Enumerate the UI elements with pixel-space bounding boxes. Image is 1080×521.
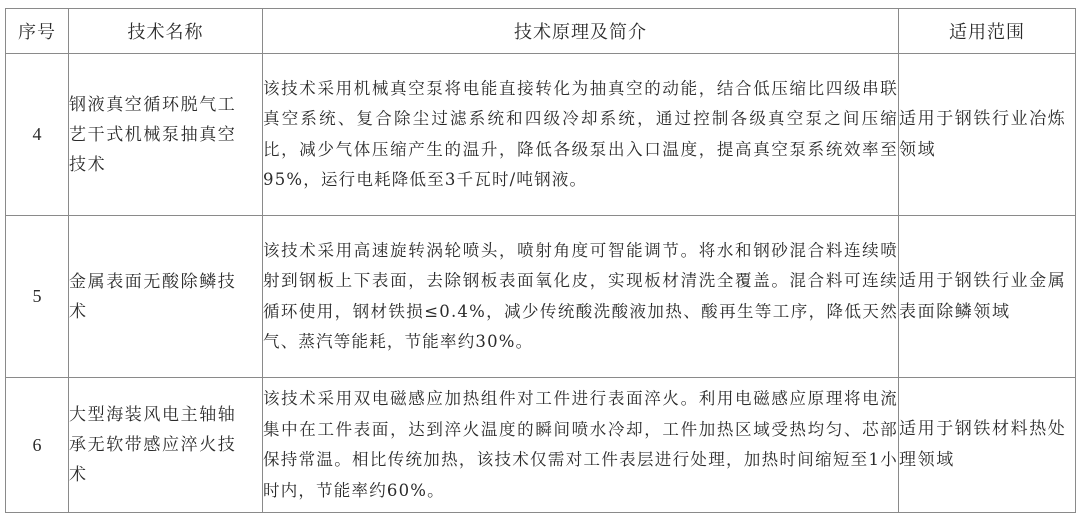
table-row: 4 钢液真空循环脱气工艺干式机械泵抽真空技术 该技术采用机械真空泵将电能直接转化…: [6, 54, 1076, 216]
header-name: 技术名称: [69, 9, 263, 54]
tech-description: 该技术采用高速旋转涡轮喷头，喷射角度可智能调节。将水和钢砂混合料连续喷射到钢板上…: [263, 216, 899, 378]
row-no: 4: [6, 54, 69, 216]
tech-name: 钢液真空循环脱气工艺干式机械泵抽真空技术: [69, 54, 263, 216]
tech-scope: 适用于钢铁材料热处理领域: [899, 378, 1076, 513]
header-row: 序号 技术名称 技术原理及简介 适用范围: [6, 9, 1076, 54]
tech-scope: 适用于钢铁行业冶炼领域: [899, 54, 1076, 216]
tech-name-text: 金属表面无酸除鳞技术: [69, 267, 239, 327]
technology-table: 序号 技术名称 技术原理及简介 适用范围 4 钢液真空循环脱气工艺干式机械泵抽真…: [5, 8, 1076, 513]
tech-name-text: 大型海装风电主轴轴承无软带感应淬火技术: [69, 400, 239, 490]
row-no: 6: [6, 378, 69, 513]
row-no: 5: [6, 216, 69, 378]
tech-name: 金属表面无酸除鳞技术: [69, 216, 263, 378]
tech-scope: 适用于钢铁行业金属表面除鳞领域: [899, 216, 1076, 378]
header-no: 序号: [6, 9, 69, 54]
table-row: 6 大型海装风电主轴轴承无软带感应淬火技术 该技术采用双电磁感应加热组件对工件进…: [6, 378, 1076, 513]
tech-name: 大型海装风电主轴轴承无软带感应淬火技术: [69, 378, 263, 513]
tech-description: 该技术采用双电磁感应加热组件对工件进行表面淬火。利用电磁感应原理将电流集中在工件…: [263, 378, 899, 513]
header-description: 技术原理及简介: [263, 9, 899, 54]
tech-description: 该技术采用机械真空泵将电能直接转化为抽真空的动能，结合低压缩比四级串联真空系统、…: [263, 54, 899, 216]
table-row: 5 金属表面无酸除鳞技术 该技术采用高速旋转涡轮喷头，喷射角度可智能调节。将水和…: [6, 216, 1076, 378]
header-scope: 适用范围: [899, 9, 1076, 54]
tech-name-text: 钢液真空循环脱气工艺干式机械泵抽真空技术: [69, 90, 239, 180]
